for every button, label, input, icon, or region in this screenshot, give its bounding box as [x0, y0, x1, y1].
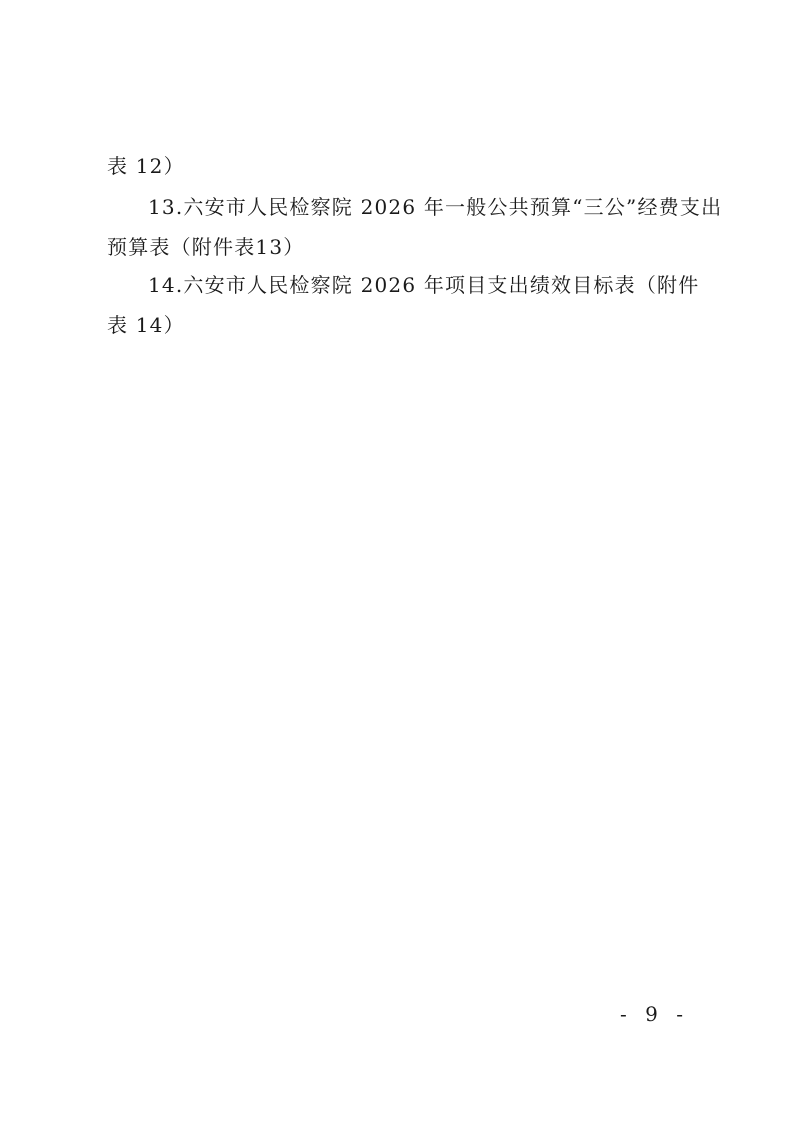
list-item-13-line-2: 预算表（附件表13） [107, 233, 304, 261]
list-item-14-line-2: 表 14） [107, 311, 185, 339]
list-item-14-line-1: 14.六安市人民检察院 2026 年项目支出绩效目标表（附件 [148, 271, 699, 299]
page-number: - 9 - [620, 1000, 689, 1028]
continuation-line-item-12: 表 12） [107, 152, 185, 180]
list-item-13-line-1: 13.六安市人民检察院 2026 年一般公共预算“三公”经费支出 [148, 193, 722, 221]
document-page: 表 12） 13.六安市人民检察院 2026 年一般公共预算“三公”经费支出 预… [0, 0, 793, 1122]
